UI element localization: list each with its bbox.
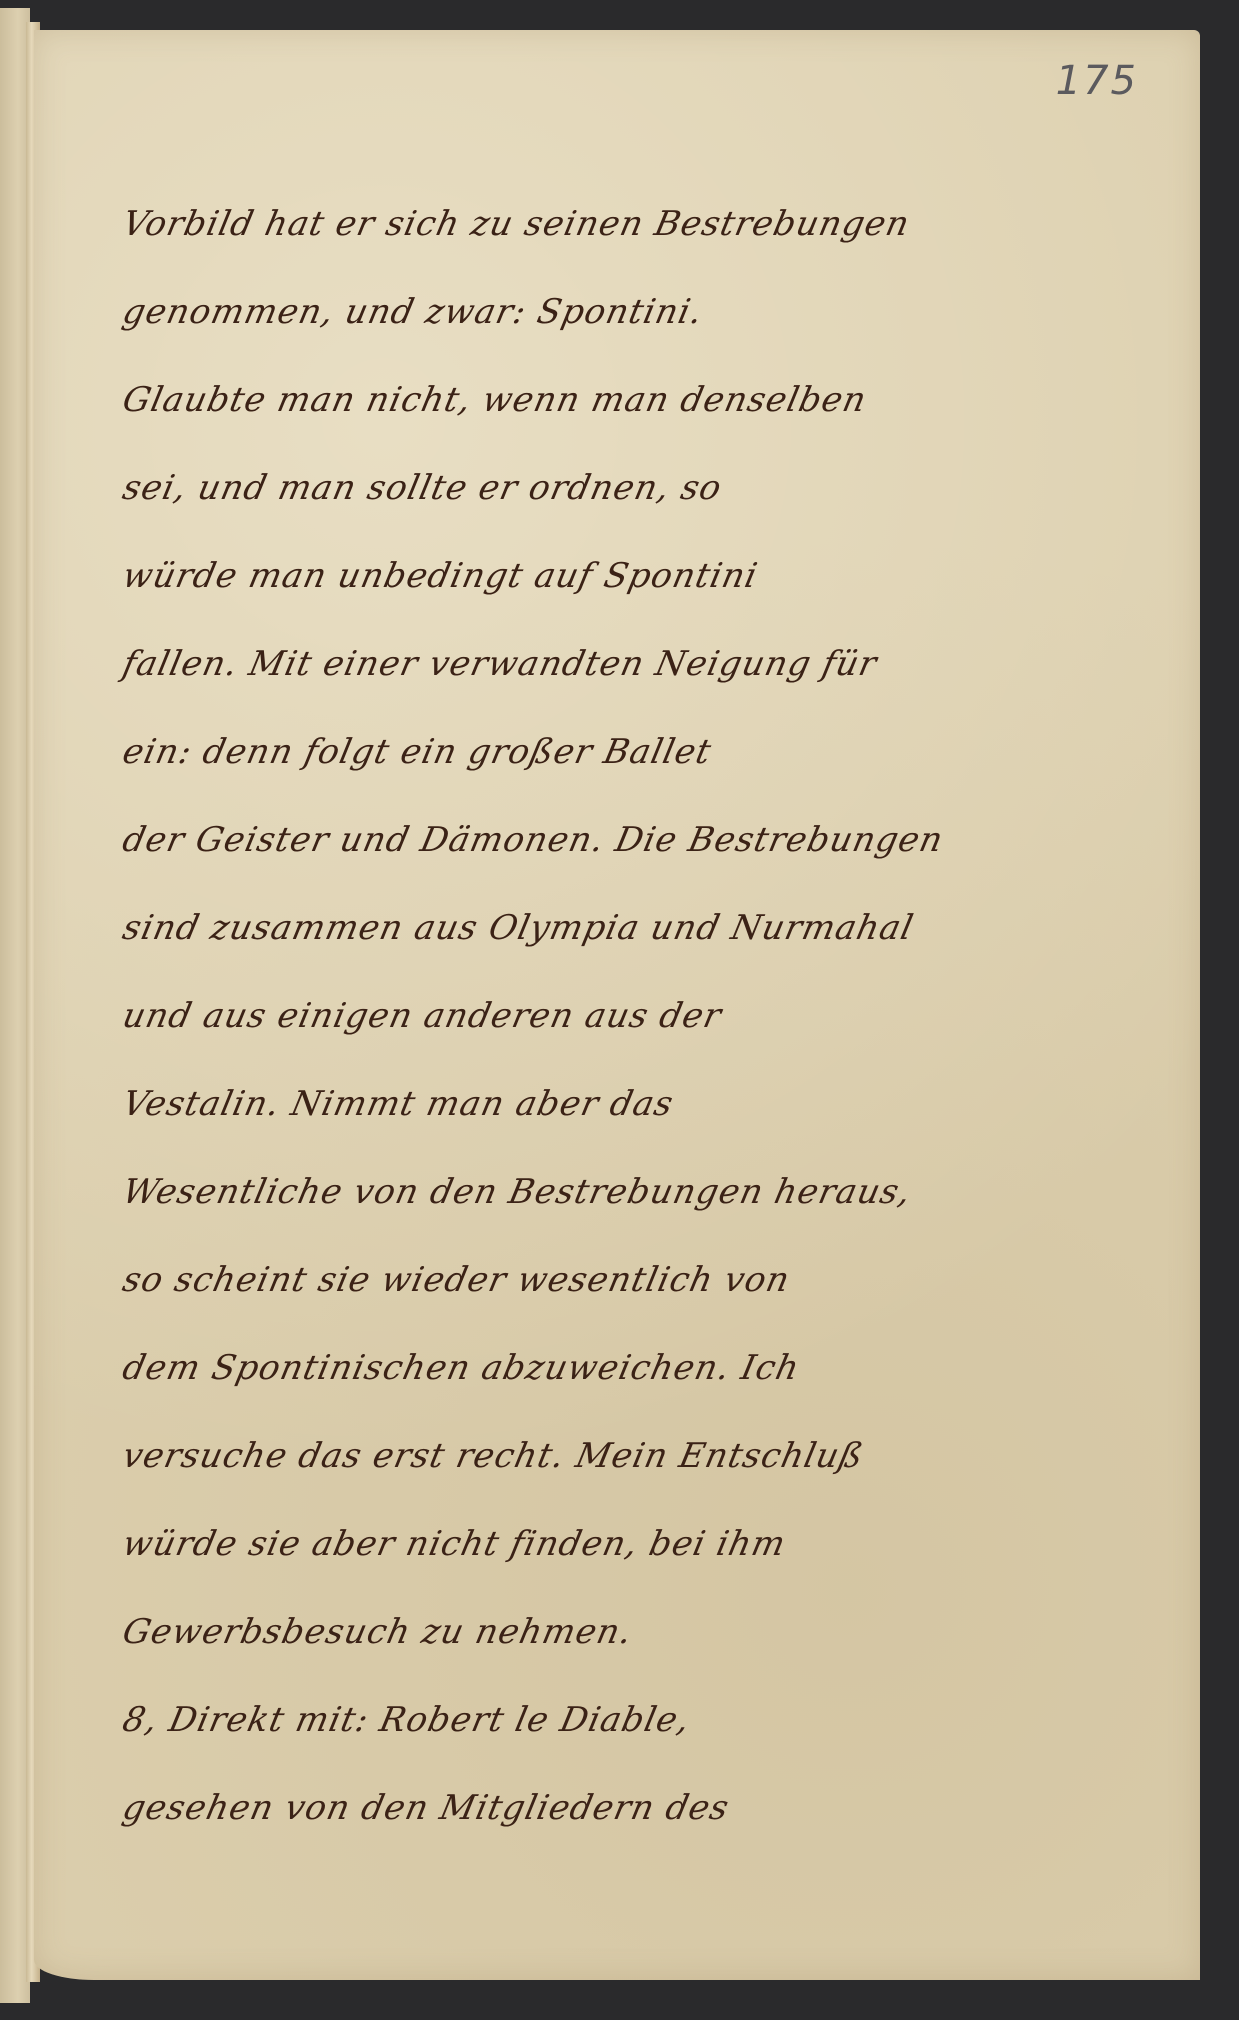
text-line: Gewerbsbesuch zu nehmen. [114, 1588, 1153, 1676]
text-line: gesehen von den Mitgliedern des [114, 1764, 1153, 1852]
text-line: Vorbild hat er sich zu seinen Bestrebung… [114, 180, 1153, 268]
manuscript-page: 175 Vorbild hat er sich zu seinen Bestre… [34, 30, 1200, 1980]
text-line: Glaubte man nicht, wenn man denselben [114, 356, 1153, 444]
text-line: sei, und man sollte er ordnen, so [114, 444, 1153, 532]
text-line: genommen, und zwar: Spontini. [114, 268, 1153, 356]
text-line: ein: denn folgt ein großer Ballet [114, 708, 1153, 796]
text-line: würde sie aber nicht finden, bei ihm [114, 1500, 1153, 1588]
text-line: dem Spontinischen abzuweichen. Ich [114, 1324, 1153, 1412]
text-line: würde man unbedingt auf Spontini [114, 532, 1153, 620]
text-line: Wesentliche von den Bestrebungen heraus, [114, 1148, 1153, 1236]
text-line: und aus einigen anderen aus der [114, 972, 1153, 1060]
handwritten-text-block: Vorbild hat er sich zu seinen Bestrebung… [114, 180, 1134, 1852]
text-line: fallen. Mit einer verwandten Neigung für [114, 620, 1153, 708]
text-line: 8, Direkt mit: Robert le Diable, [114, 1676, 1153, 1764]
text-line: der Geister und Dämonen. Die Bestrebunge… [114, 796, 1153, 884]
folio-number: 175 [1056, 58, 1138, 104]
text-line: versuche das erst recht. Mein Entschluß [114, 1412, 1153, 1500]
text-line: Vestalin. Nimmt man aber das [114, 1060, 1153, 1148]
text-line: sind zusammen aus Olympia und Nurmahal [114, 884, 1153, 972]
text-line: so scheint sie wieder wesentlich von [114, 1236, 1153, 1324]
